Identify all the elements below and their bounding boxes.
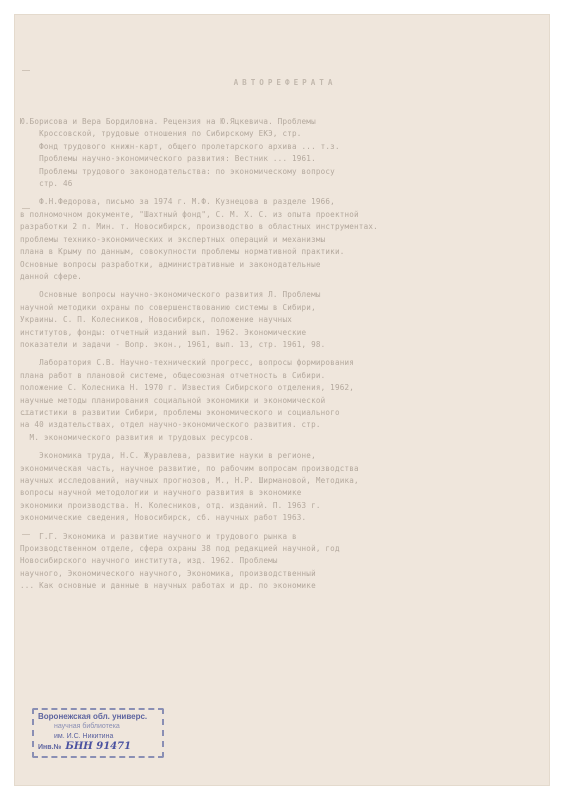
text-line: научной методики охраны по совершенствов… (20, 302, 530, 314)
text-line: Производственном отделе, сфера охраны 38… (20, 543, 530, 555)
text-line: вопросы научной методологии и научного р… (20, 487, 530, 499)
text-line: на 40 издательствах, отдел научно-эконом… (20, 419, 530, 431)
text-line: Фонд трудового книжн-карт, общего пролет… (20, 141, 530, 153)
stamp-inventory: Инв.№БНН 91471 (38, 742, 158, 753)
library-stamp: Воронежская обл. универс. научная библио… (32, 708, 164, 758)
text-line: научных исследований, научных прогнозов,… (20, 475, 530, 487)
paragraph: Ф.Н.Федорова, письмо за 1974 г. М.Ф. Куз… (20, 196, 530, 283)
paragraph: Основные вопросы научно-экономического р… (20, 289, 530, 351)
stamp-inventory-number: БНН 91471 (65, 741, 131, 752)
text-line: Проблемы трудового законодательства: по … (20, 166, 530, 178)
text-line: стр. 46 (20, 178, 530, 190)
stamp-inventory-label: Инв.№ (38, 744, 61, 751)
text-line: научного, Экономического научного, Эконо… (20, 568, 530, 580)
text-line: Ю.Борисова и Вера Бордиловна. Рецензия н… (20, 116, 530, 128)
stamp-line-1: Воронежская обл. универс. (38, 712, 158, 722)
text-line: экономические сведения, Новосибирск, сб.… (20, 512, 530, 524)
text-line: данной сфере. (20, 271, 530, 283)
text-line: Проблемы научно-экономического развития:… (20, 153, 530, 165)
text-line: плана в Крыму по данным, совокупности пр… (20, 246, 530, 258)
text-line: плана работ в плановой системе, общесоюз… (20, 370, 530, 382)
typewritten-text: АВТОРЕФЕРАТА Ю.Борисова и Вера Бордиловн… (20, 52, 530, 611)
text-line: экономики производства. Н. Колесников, о… (20, 500, 530, 512)
text-line: Г.Г. Экономика и развитие научного и тру… (20, 531, 530, 543)
paragraphs: Ю.Борисова и Вера Бордиловна. Рецензия н… (20, 116, 530, 593)
text-line: экономическая часть, научное развитие, п… (20, 463, 530, 475)
text-line: показатели и задачи - Вопр. экон., 1961,… (20, 339, 530, 351)
text-line: научные методы планирования социальной э… (20, 395, 530, 407)
text-line: статистики в развитии Сибири, проблемы э… (20, 407, 530, 419)
text-line: Основные вопросы разработки, администрат… (20, 259, 530, 271)
text-line: Основные вопросы научно-экономического р… (20, 289, 530, 301)
text-line: Лаборатория С.В. Научно-технический прог… (20, 357, 530, 369)
paragraph: Г.Г. Экономика и развитие научного и тру… (20, 531, 530, 593)
stamp-line-2: научная библиотека (38, 722, 158, 732)
text-line: ... Как основные и данные в научных рабо… (20, 580, 530, 592)
text-line: Экономика труда, Н.С. Журавлева, развити… (20, 450, 530, 462)
text-line: Кроссовской, трудовые отношения по Сибир… (20, 128, 530, 140)
text-line: институтов, фонды: отчетный изданий вып.… (20, 327, 530, 339)
text-line: Новосибирского научного института, изд. … (20, 555, 530, 567)
text-line: разработки 2 п. Мин. т. Новосибирск, про… (20, 221, 530, 233)
text-line: Ф.Н.Федорова, письмо за 1974 г. М.Ф. Куз… (20, 196, 530, 208)
paragraph: Лаборатория С.В. Научно-технический прог… (20, 357, 530, 444)
text-line: проблемы технико-экономических и эксперт… (20, 234, 530, 246)
text-line: положение С. Колесника Н. 1970 г. Извест… (20, 382, 530, 394)
document-heading: АВТОРЕФЕРАТА (40, 77, 530, 89)
text-line: Украины. С. П. Колесников, Новосибирск, … (20, 314, 530, 326)
text-line: М. экономического развития и трудовых ре… (20, 432, 530, 444)
paragraph: Экономика труда, Н.С. Журавлева, развити… (20, 450, 530, 524)
paragraph: Ю.Борисова и Вера Бордиловна. Рецензия н… (20, 116, 530, 190)
text-line: в полномочном документе, "Шахтный фонд",… (20, 209, 530, 221)
